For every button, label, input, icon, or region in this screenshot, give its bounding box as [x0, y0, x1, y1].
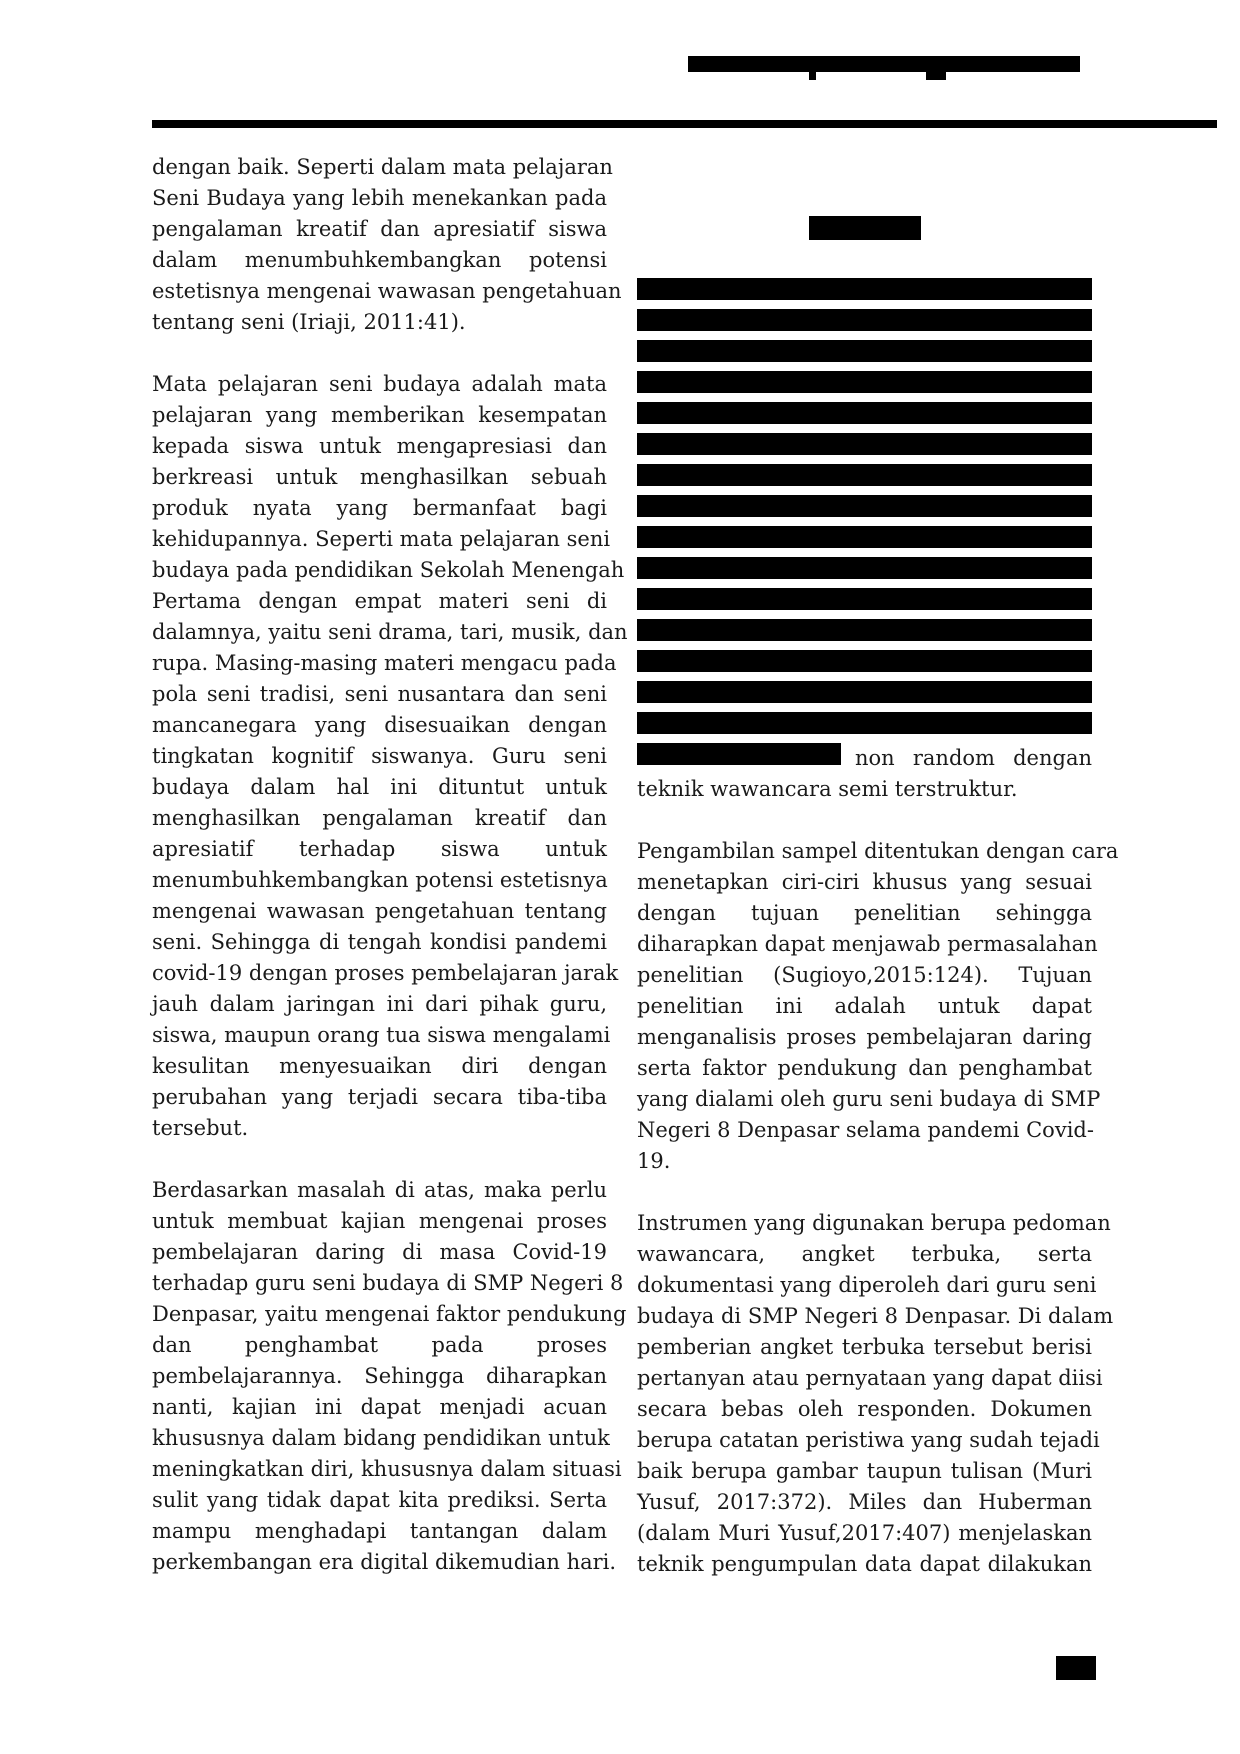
running-title-redaction-descender [809, 72, 816, 80]
running-title-redaction-descender [926, 72, 946, 80]
redaction-bar [749, 743, 841, 765]
text-line: Instrumen yang digunakan berupa pedoman [637, 1208, 1092, 1239]
redaction-bar [637, 371, 1092, 393]
text-line: teknik wawancara semi terstruktur. [637, 774, 1092, 805]
text-line: budaya di SMP Negeri 8 Denpasar. Di dala… [637, 1301, 1092, 1332]
text-line: mengenai wawasan pengetahuan tentang [152, 896, 607, 927]
text-line: kehidupannya. Seperti mata pelajaran sen… [152, 524, 607, 555]
text-line: menetapkan ciri-ciri khusus yang sesuai [637, 867, 1092, 898]
text-line: perkembangan era digital dikemudian hari… [152, 1547, 607, 1578]
text-line: dalamnya, yaitu seni drama, tari, musik,… [152, 617, 607, 648]
text-line: mancanegara yang disesuaikan dengan [152, 710, 607, 741]
text-line: tingkatan kognitif siswanya. Guru seni [152, 741, 607, 772]
text-line: estetisnya mengenai wawasan pengetahuan [152, 276, 607, 307]
text-line: budaya pada pendidikan Sekolah Menengah [152, 555, 607, 586]
text-line: untuk membuat kajian mengenai proses [152, 1206, 607, 1237]
running-title-redaction [688, 56, 1080, 72]
text-line: secara bebas oleh responden. Dokumen [637, 1394, 1092, 1425]
redaction-bar [637, 681, 1092, 703]
text-line: penelitian (Sugioyo,2015:124). Tujuan [637, 960, 1092, 991]
text-line: khususnya dalam bidang pendidikan untuk [152, 1423, 607, 1454]
text-line: Negeri 8 Denpasar selama pandemi Covid- [637, 1115, 1092, 1146]
text-line: covid-19 dengan proses pembelajaran jara… [152, 958, 607, 989]
redaction-bar [637, 402, 1092, 424]
text-line: Mata pelajaran seni budaya adalah mata [152, 369, 607, 400]
text-line: berupa catatan peristiwa yang sudah teja… [637, 1425, 1092, 1456]
redaction-bar [637, 650, 1092, 672]
text-line: wawancara, angket terbuka, serta [637, 1239, 1092, 1270]
text-line: teknik pengumpulan data dapat dilakukan [637, 1549, 1092, 1580]
text-line: siswa, maupun orang tua siswa mengalami [152, 1020, 607, 1051]
text-line: pembelajaran daring di masa Covid-19 [152, 1237, 607, 1268]
redaction-bar [637, 526, 1092, 548]
left-column: dengan baik. Seperti dalam mata pelajara… [152, 152, 607, 1609]
text-line: menganalisis proses pembelajaran daring [637, 1022, 1092, 1053]
text-line: terhadap guru seni budaya di SMP Negeri … [152, 1268, 607, 1299]
text-line: meningkatkan diri, khususnya dalam situa… [152, 1454, 607, 1485]
redaction-bar [637, 278, 1092, 300]
text-line: pemberian angket terbuka tersebut berisi [637, 1332, 1092, 1363]
text-line: nanti, kajian ini dapat menjadi acuan [152, 1392, 607, 1423]
text-line: dengan baik. Seperti dalam mata pelajara… [152, 152, 607, 183]
header-rule [152, 120, 1217, 128]
paragraph-instruments: Instrumen yang digunakan berupa pedoman … [637, 1208, 1092, 1580]
text-line: Denpasar, yaitu mengenai faktor pendukun… [152, 1299, 607, 1330]
text-line: tentang seni (Iriaji, 2011:41). [152, 307, 607, 338]
text-line: dan penghambat pada proses [152, 1330, 607, 1361]
text-line: kepada siswa untuk mengapresiasi dan [152, 431, 607, 462]
redaction-bar [637, 557, 1092, 579]
text-line: sulit yang tidak dapat kita prediksi. Se… [152, 1485, 607, 1516]
redaction-bar [637, 433, 1092, 455]
text-line: budaya dalam hal ini dituntut untuk [152, 772, 607, 803]
page-number-redaction [1056, 1656, 1096, 1680]
text-line: menghasilkan pengalaman kreatif dan [152, 803, 607, 834]
text-line: dalam menumbuhkembangkan potensi [152, 245, 607, 276]
text-line: tersebut. [152, 1113, 607, 1144]
redacted-paragraph-tail: non random dengan [637, 743, 1092, 774]
text-line: diharapkan dapat menjawab permasalahan [637, 929, 1092, 960]
redaction-bar [637, 464, 1092, 486]
text-line: pertanyan atau pernyataan yang dapat dii… [637, 1363, 1092, 1394]
paragraph-3: Berdasarkan masalah di atas, maka perlu … [152, 1175, 607, 1578]
text-line: kesulitan menyesuaikan diri dengan [152, 1051, 607, 1082]
redaction-bar [637, 340, 1092, 362]
text-line: pola seni tradisi, seni nusantara dan se… [152, 679, 607, 710]
text-line: Pertama dengan empat materi seni di [152, 586, 607, 617]
text-line: Seni Budaya yang lebih menekankan pada [152, 183, 607, 214]
text-line: non random dengan [855, 743, 1092, 774]
text-line: produk nyata yang bermanfaat bagi [152, 493, 607, 524]
text-line: baik berupa gambar taupun tulisan (Muri [637, 1456, 1092, 1487]
right-column: non random dengan teknik wawancara semi … [637, 210, 1092, 1611]
paragraph-sampling: Pengambilan sampel ditentukan dengan car… [637, 836, 1092, 1177]
text-line: (dalam Muri Yusuf,2017:407) menjelaskan [637, 1518, 1092, 1549]
redaction-bar [637, 743, 749, 765]
text-line: rupa. Masing-masing materi mengacu pada [152, 648, 607, 679]
redaction-bar [637, 712, 1092, 734]
redaction-bar [637, 588, 1092, 610]
redaction-bar [637, 495, 1092, 517]
text-line: Berdasarkan masalah di atas, maka perlu [152, 1175, 607, 1206]
text-line: penelitian ini adalah untuk dapat [637, 991, 1092, 1022]
text-line: pelajaran yang memberikan kesempatan [152, 400, 607, 431]
text-line: mampu menghadapi tantangan dalam [152, 1516, 607, 1547]
text-line: dengan tujuan penelitian sehingga [637, 898, 1092, 929]
text-line: pembelajarannya. Sehingga diharapkan [152, 1361, 607, 1392]
text-line: dokumentasi yang diperoleh dari guru sen… [637, 1270, 1092, 1301]
text-line: 19. [637, 1146, 1092, 1177]
redaction-bar [637, 619, 1092, 641]
text-line: Pengambilan sampel ditentukan dengan car… [637, 836, 1092, 867]
section-heading-redaction [809, 216, 921, 240]
paragraph-1: dengan baik. Seperti dalam mata pelajara… [152, 152, 607, 338]
text-line: pengalaman kreatif dan apresiatif siswa [152, 214, 607, 245]
redaction-bar [637, 309, 1092, 331]
text-line: perubahan yang terjadi secara tiba-tiba [152, 1082, 607, 1113]
text-line: berkreasi untuk menghasilkan sebuah [152, 462, 607, 493]
text-line: menumbuhkembangkan potensi estetisnya [152, 865, 607, 896]
redacted-paragraph: non random dengan teknik wawancara semi … [637, 278, 1092, 805]
text-line: Yusuf, 2017:372). Miles dan Huberman [637, 1487, 1092, 1518]
text-line: jauh dalam jaringan ini dari pihak guru, [152, 989, 607, 1020]
text-line: seni. Sehingga di tengah kondisi pandemi [152, 927, 607, 958]
text-line: serta faktor pendukung dan penghambat [637, 1053, 1092, 1084]
text-line: apresiatif terhadap siswa untuk [152, 834, 607, 865]
text-line: yang dialami oleh guru seni budaya di SM… [637, 1084, 1092, 1115]
paragraph-2: Mata pelajaran seni budaya adalah mata p… [152, 369, 607, 1144]
